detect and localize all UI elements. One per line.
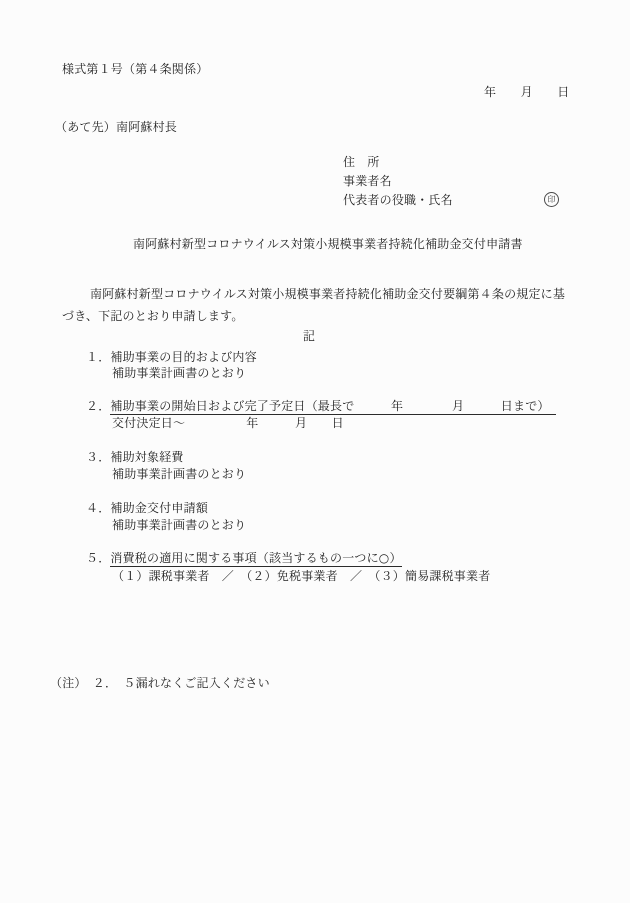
form-number: 様式第１号（第４条関係）	[62, 62, 208, 77]
document-page: 様式第１号（第４条関係） 年 月 日 （あて先）南阿蘇村長 住 所 事業者名 代…	[0, 0, 630, 903]
item-3-number: ３．	[86, 450, 110, 464]
business-name-label: 事業者名	[343, 174, 392, 189]
item-5-number: ５．	[86, 551, 110, 565]
item-3-detail: 補助事業計画書のとおり	[112, 467, 246, 482]
item-2-heading: ２．補助事業の開始日および完了予定日（最長で 年 月 日まで）	[86, 399, 556, 414]
item-3-heading-text: 補助対象経費	[110, 450, 183, 464]
item-2-number: ２．	[86, 399, 110, 413]
item-4-heading-text: 補助金交付申請額	[110, 501, 208, 515]
item-1-detail: 補助事業計画書のとおり	[112, 366, 246, 381]
body-paragraph: 南阿蘇村新型コロナウイルス対策小規模事業者持続化補助金交付要綱第４条の規定に基づ…	[62, 283, 576, 327]
addressee-line: （あて先）南阿蘇村長	[55, 120, 177, 135]
item-1-heading-text: 補助事業の目的および内容	[110, 350, 256, 364]
record-mark: 記	[303, 329, 315, 344]
item-2-heading-text: 補助事業の開始日および完了予定日（最長で 年 月 日まで）	[110, 399, 555, 415]
address-label: 住 所	[343, 155, 380, 170]
seal-stamp-icon: 印	[544, 192, 559, 207]
document-title: 南阿蘇村新型コロナウイルス対策小規模事業者持続化補助金交付申請書	[133, 237, 523, 252]
item-4-number: ４．	[86, 501, 110, 515]
item-1-heading: １．補助事業の目的および内容	[86, 350, 257, 365]
item-5-heading: ５．消費税の適用に関する事項（該当するもの一つに○）	[86, 551, 402, 566]
note-line: （注） ２． ５漏れなくご記入ください	[50, 676, 270, 691]
item-4-detail: 補助事業計画書のとおり	[112, 518, 246, 533]
item-2-detail: 交付決定日～ 年 月 日	[112, 416, 344, 431]
date-line: 年 月 日	[484, 85, 569, 100]
item-4-heading: ４．補助金交付申請額	[86, 501, 208, 516]
item-1-number: １．	[86, 350, 110, 364]
item-5-heading-text: 消費税の適用に関する事項（該当するもの一つに○）	[110, 551, 401, 567]
item-3-heading: ３．補助対象経費	[86, 450, 184, 465]
representative-label: 代表者の役職・氏名	[343, 193, 453, 208]
item-5-detail: （１）課税事業者 ／ （２）免税事業者 ／ （３）簡易課税事業者	[112, 569, 490, 584]
